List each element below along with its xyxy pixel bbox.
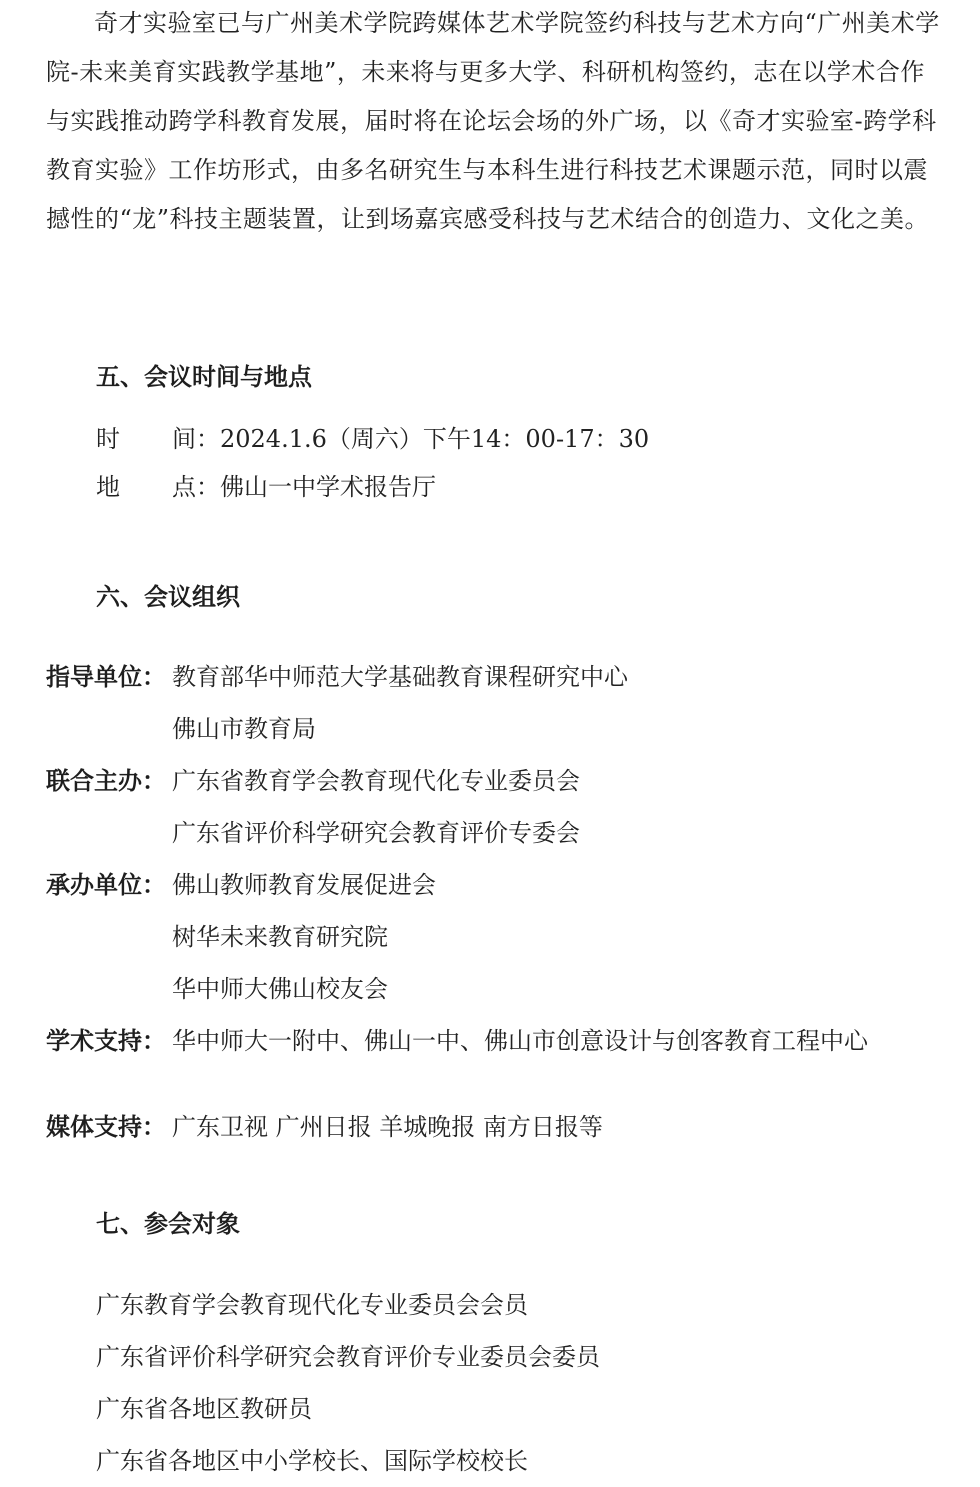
org-value: 广东省评价科学研究会教育评价专委会 [172, 818, 580, 848]
org-value: 华中师大佛山校友会 [172, 974, 388, 1004]
org-value: 佛山教师教育发展促进会 [172, 870, 436, 900]
place-label-1: 地 [96, 472, 172, 502]
time-label-2: 间 [172, 425, 196, 453]
section-heading-time-place: 五、会议时间与地点 [96, 362, 312, 392]
org-label: 联合主办： [46, 766, 166, 796]
place-label-2: 点 [172, 473, 196, 501]
org-value: 华中师大一附中、佛山一中、佛山市创意设计与创客教育工程中心 [172, 1026, 868, 1056]
org-value: 树华未来教育研究院 [172, 922, 388, 952]
org-label: 媒体支持： [46, 1112, 166, 1142]
time-value: ：2024.1.6（周六）下午14：00-17：30 [196, 425, 649, 453]
section-heading-organization: 六、会议组织 [96, 582, 240, 612]
time-label-1: 时 [96, 424, 172, 454]
org-value: 教育部华中师范大学基础教育课程研究中心 [172, 662, 628, 692]
attendee-item: 广东省评价科学研究会教育评价专业委员会委员 [96, 1342, 600, 1372]
meeting-place: 地点：佛山一中学术报告厅 [96, 472, 436, 502]
section-heading-attendees: 七、参会对象 [96, 1209, 240, 1239]
place-value: ：佛山一中学术报告厅 [196, 473, 436, 501]
attendee-item: 广东省各地区中小学校长、国际学校校长 [96, 1446, 528, 1476]
intro-paragraph: 奇才实验室已与广州美术学院跨媒体艺术学院签约科技与艺术方向“广州美术学院-未来美… [46, 0, 946, 244]
org-label: 承办单位： [46, 870, 166, 900]
org-label: 学术支持： [46, 1026, 166, 1056]
org-label: 指导单位： [46, 662, 166, 692]
attendee-item: 广东省各地区教研员 [96, 1394, 312, 1424]
org-value: 广东卫视 广州日报 羊城晚报 南方日报等 [172, 1112, 603, 1142]
meeting-time: 时间：2024.1.6（周六）下午14：00-17：30 [96, 424, 649, 454]
org-value: 佛山市教育局 [172, 714, 316, 744]
org-value: 广东省教育学会教育现代化专业委员会 [172, 766, 580, 796]
attendee-item: 广东教育学会教育现代化专业委员会会员 [96, 1290, 528, 1320]
